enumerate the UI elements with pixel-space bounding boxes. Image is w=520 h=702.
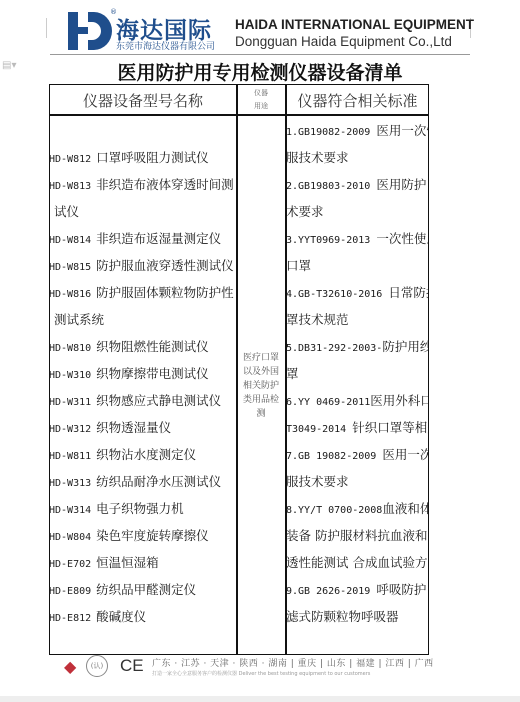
standard-line: 8.YY/T 0700-2008血液和体液防护 (286, 495, 428, 522)
standard-title: 针织口罩等相关标准 (352, 420, 428, 435)
ce-mark-icon: CE (120, 656, 144, 676)
standard-title: 罩技术规范 (286, 312, 349, 327)
standard-title: 医用一次性防护 (376, 123, 428, 138)
instrument-name: 织物感应式静电测试仪 (96, 393, 221, 408)
instrument-name: 恒温恒湿箱 (96, 555, 159, 570)
standard-code: 8.YY/T 0700-2008 (286, 505, 382, 516)
instrument-name: 染色牢度旋转摩擦仪 (96, 528, 209, 543)
footer-bar: ◆ (认) CE 广东 · 江苏 · 天津 · 陕西 · 湖南 | 重庆 | 山… (60, 653, 480, 683)
use-text-line: 医疗口罩 (237, 351, 285, 365)
standard-code: 1.GB19082-2009 (286, 127, 376, 138)
standard-line: 9.GB 2626-2019 呼吸防护 自吸过 (286, 576, 428, 603)
standard-title: 日常防护型口 (388, 285, 428, 300)
standard-line: 透性能测试 合成血试验方法 (286, 549, 428, 576)
company-header: ® 海达国际 东莞市海达仪器有限公司 HAIDA INTERNATIONAL E… (60, 8, 480, 54)
standard-line: 术要求 (286, 198, 428, 225)
instrument-name: 试仪 (54, 204, 79, 219)
standard-line: T3049-2014 针织口罩等相关标准 (286, 414, 428, 441)
instrument-line: HD-E809纺织品甲醛测定仪 (49, 576, 237, 603)
standard-line: 装备 防护服材料抗血液和体液穿 (286, 522, 428, 549)
instrument-line: HD-W816防护服固体颗粒物防护性 (49, 279, 237, 306)
standard-code: 7.GB 19082-2009 (286, 451, 382, 462)
use-text-line: 类用品检 (237, 393, 285, 407)
column-header-use-line: 仪器 (237, 87, 285, 100)
bottom-edge (0, 696, 520, 702)
instrument-name: 织物沾水度测定仪 (96, 447, 196, 462)
instrument-model-code: HD-W311 (49, 397, 91, 408)
standard-title: 血液和体液防护 (382, 501, 428, 516)
standard-code: 3.YYT0969-2013 (286, 235, 376, 246)
column-header-use: 仪器 用途 (237, 87, 285, 113)
instrument-line: HD-W314电子织物强力机 (49, 495, 237, 522)
instrument-model-code: HD-W313 (49, 478, 91, 489)
standard-title: 装备 防护服材料抗血液和体液穿 (286, 528, 428, 543)
standard-title: 医用一次性防护 (382, 447, 428, 462)
instrument-model-code: HD-E812 (49, 613, 91, 624)
column-header-name: 仪器设备型号名称 (50, 90, 236, 111)
instrument-name: 口罩呼吸阻力测试仪 (96, 150, 209, 165)
standard-line: 罩技术规范 (286, 306, 428, 333)
instrument-line: HD-W804染色牢度旋转摩擦仪 (49, 522, 237, 549)
instrument-use-cell: 医疗口罩以及外国相关防护类用品检测 (237, 351, 285, 421)
standard-code: 9.GB 2626-2019 (286, 586, 376, 597)
use-text-line: 测 (237, 407, 285, 421)
instrument-line: 测试系统 (49, 306, 237, 333)
standard-title: 一次性使用医用 (376, 231, 428, 246)
use-text-line: 以及外国 (237, 365, 285, 379)
certification-seal-icon: (认) (86, 655, 108, 677)
instrument-line: HD-W813非织造布液体穿透时间测 (49, 171, 237, 198)
instrument-name: 电子织物强力机 (96, 501, 184, 516)
company-name-en: HAIDA INTERNATIONAL EQUIPMENT (235, 17, 474, 32)
instrument-name: 防护服血液穿透性测试仪 (96, 258, 234, 273)
company-subname-en: Dongguan Haida Equipment Co.,Ltd (235, 34, 452, 49)
instrument-name: 非织造布液体穿透时间测 (96, 177, 234, 192)
standard-code: T3049-2014 (286, 424, 352, 435)
footer-slogan: 打造一家全心全意服务客户的检测仪器 Deliver the best testi… (152, 670, 370, 677)
standard-line: 1.GB19082-2009 医用一次性防护 (286, 117, 428, 144)
instrument-model-code: HD-W813 (49, 181, 91, 192)
instrument-model-code: HD-W815 (49, 262, 91, 273)
footer-regions: 广东 · 江苏 · 天津 · 陕西 · 湖南 | 重庆 | 山东 | 福建 | … (152, 656, 434, 669)
standard-line: 4.GB-T32610-2016 日常防护型口 (286, 279, 428, 306)
standard-title: 术要求 (286, 204, 324, 219)
instrument-name: 酸碱度仪 (96, 609, 146, 624)
instrument-line: HD-E702恒温恒湿箱 (49, 549, 237, 576)
logo-subtitle: 东莞市海达仪器有限公司 (116, 39, 215, 52)
standard-code: 6.YY 0469-2011 (286, 397, 370, 408)
instrument-line (49, 117, 237, 144)
instrument-name: 纺织品耐净水压测试仪 (96, 474, 221, 489)
standard-line: 5.DB31-292-2003-防护用纱布口 (286, 333, 428, 360)
standard-title: 透性能测试 合成血试验方法 (286, 555, 428, 570)
standard-line: 滤式防颗粒物呼吸器 (286, 603, 428, 630)
haida-logo-icon (68, 10, 112, 52)
instrument-model-code: HD-W810 (49, 343, 91, 354)
standard-title: 滤式防颗粒物呼吸器 (286, 609, 399, 624)
instrument-model-code: HD-W804 (49, 532, 91, 543)
instrument-name: 织物摩擦带电测试仪 (96, 366, 209, 381)
instrument-name: 纺织品甲醛测定仪 (96, 582, 196, 597)
page-edge-left (46, 18, 47, 38)
standard-line: 7.GB 19082-2009 医用一次性防护 (286, 441, 428, 468)
standard-code: 4.GB-T32610-2016 (286, 289, 388, 300)
column-header-standard: 仪器符合相关标准 (287, 90, 428, 111)
standard-line: 服技术要求 (286, 468, 428, 495)
standard-line: 口罩 (286, 252, 428, 279)
document-title: 医用防护用专用检测仪器设备清单 (0, 58, 520, 85)
use-text-line: 相关防护 (237, 379, 285, 393)
standard-title: 服技术要求 (286, 150, 349, 165)
standard-title: 罩 (286, 366, 299, 381)
instrument-name: 测试系统 (54, 312, 104, 327)
instrument-model-code: HD-W814 (49, 235, 91, 246)
instrument-model-code: HD-E702 (49, 559, 91, 570)
instrument-line: HD-W310织物摩擦带电测试仪 (49, 360, 237, 387)
instrument-name: 织物透湿量仪 (96, 420, 171, 435)
header-row-divider (49, 114, 429, 116)
instrument-model-code: HD-W312 (49, 424, 91, 435)
instrument-line: HD-W814非织造布返湿量测定仪 (49, 225, 237, 252)
instrument-line: HD-W815防护服血液穿透性测试仪 (49, 252, 237, 279)
standard-title: 防护用纱布口 (382, 339, 428, 354)
standard-code: 2.GB19803-2010 (286, 181, 376, 192)
brand-emblem-icon: ◆ (64, 657, 76, 676)
instrument-line: HD-W810织物阻燃性能测试仪 (49, 333, 237, 360)
instrument-model-code: HD-E809 (49, 586, 91, 597)
instrument-model-code: HD-W314 (49, 505, 91, 516)
standard-line: 2.GB19803-2010 医用防护口罩技 (286, 171, 428, 198)
column-header-use-line: 用途 (237, 100, 285, 113)
standard-title: 医用外科口罩 FZT (370, 393, 428, 408)
instrument-line: HD-W812口罩呼吸阻力测试仪 (49, 144, 237, 171)
instrument-line: HD-E812酸碱度仪 (49, 603, 237, 630)
instrument-name: 防护服固体颗粒物防护性 (96, 285, 234, 300)
instrument-name: 非织造布返湿量测定仪 (96, 231, 221, 246)
standard-code: 5.DB31-292-2003- (286, 343, 382, 354)
instrument-line: HD-W311织物感应式静电测试仪 (49, 387, 237, 414)
instrument-model-code: HD-W811 (49, 451, 91, 462)
instrument-line: HD-W313纺织品耐净水压测试仪 (49, 468, 237, 495)
instrument-model-code: HD-W310 (49, 370, 91, 381)
standard-line: 罩 (286, 360, 428, 387)
standard-title: 服技术要求 (286, 474, 349, 489)
standard-title: 口罩 (286, 258, 311, 273)
instrument-model-code: HD-W816 (49, 289, 91, 300)
instrument-line: 试仪 (49, 198, 237, 225)
instrument-line: HD-W811织物沾水度测定仪 (49, 441, 237, 468)
instrument-column: HD-W812口罩呼吸阻力测试仪HD-W813非织造布液体穿透时间测试仪HD-W… (49, 117, 237, 630)
instrument-name: 织物阻燃性能测试仪 (96, 339, 209, 354)
standard-title: 呼吸防护 自吸过 (376, 582, 428, 597)
instrument-line: HD-W312织物透湿量仪 (49, 414, 237, 441)
header-divider (50, 54, 470, 55)
standard-line: 服技术要求 (286, 144, 428, 171)
standard-line: 3.YYT0969-2013 一次性使用医用 (286, 225, 428, 252)
standards-column: 1.GB19082-2009 医用一次性防护服技术要求2.GB19803-201… (286, 117, 428, 630)
standard-title: 医用防护口罩技 (376, 177, 428, 192)
standard-line: 6.YY 0469-2011医用外科口罩 FZT (286, 387, 428, 414)
instrument-model-code: HD-W812 (49, 154, 91, 165)
